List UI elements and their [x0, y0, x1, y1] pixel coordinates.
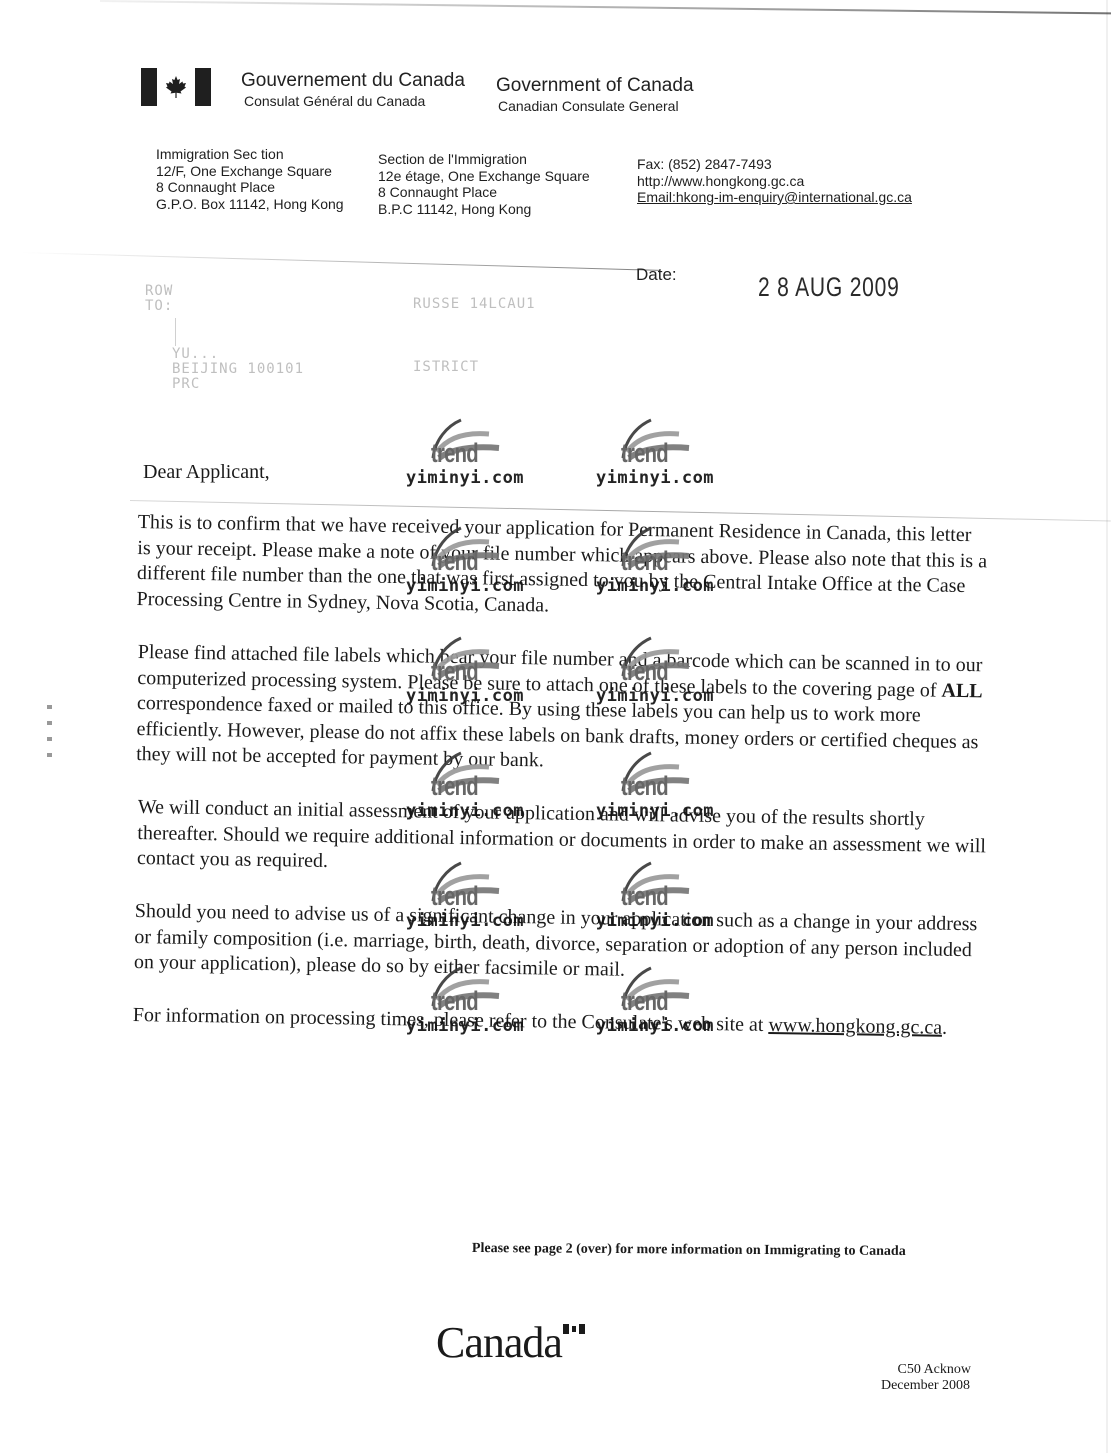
- watermark: trend yiminyi.com: [585, 412, 725, 494]
- recipient-rule: [175, 318, 176, 346]
- consulate-website-link[interactable]: www.hongkong.gc.ca: [768, 1014, 942, 1039]
- address-line: 8 Connaught Place: [156, 179, 344, 196]
- address-line: 12/F, One Exchange Square: [156, 163, 344, 180]
- contact-block: Fax: (852) 2847-7493 http://www.hongkong…: [637, 156, 912, 206]
- address-line: 12e étage, One Exchange Square: [378, 168, 590, 185]
- emphasis-all: ALL: [941, 679, 982, 702]
- form-date: December 2008: [858, 1378, 970, 1394]
- canada-wordmark: Canada: [436, 1317, 562, 1368]
- fax-number: Fax: (852) 2847-7493: [637, 156, 912, 173]
- date-stamp: 2 8 AUG 2009: [758, 272, 900, 303]
- form-code: C50 Acknow: [893, 1362, 971, 1378]
- scan-edge-line: [100, 0, 1111, 14]
- watermark: trend yiminyi.com: [395, 412, 535, 494]
- paragraph-receipt: This is to confirm that we have received…: [136, 510, 987, 625]
- paragraph-assessment: We will conduct an initial assessment of…: [137, 795, 988, 885]
- address-block-fr: Section de l'Immigration 12e étage, One …: [378, 151, 590, 217]
- consulate-subtitle-fr: Consulat Général du Canada: [244, 93, 425, 109]
- consulate-subtitle-en: Canadian Consulate General: [498, 98, 679, 114]
- paragraph-changes: Should you need to advise us of a signif…: [134, 899, 985, 989]
- trend-swoosh-logo-icon: [585, 412, 725, 472]
- address-line: 8 Connaught Place: [378, 184, 590, 201]
- paragraph-file-labels: Please find attached file labels which b…: [136, 640, 988, 781]
- trend-swoosh-logo-icon: [395, 412, 535, 472]
- recipient-district-faint: ISTRICT: [413, 360, 479, 375]
- address-line: Section de l'Immigration: [378, 151, 590, 168]
- wordmark-flag-icon: [563, 1324, 585, 1334]
- address-block-en: Immigration Sec tion 12/F, One Exchange …: [156, 146, 344, 212]
- margin-punch-marks: [44, 705, 56, 765]
- government-title-fr: Gouvernement du Canada: [241, 70, 465, 92]
- paragraph-processing-times: For information on processing times, ple…: [133, 1003, 983, 1042]
- address-line: B.P.C 11142, Hong Kong: [378, 201, 590, 218]
- page-2-note: Please see page 2 (over) for more inform…: [472, 1241, 906, 1260]
- canada-flag-icon: [141, 68, 211, 106]
- website-link[interactable]: http://www.hongkong.gc.ca: [637, 173, 912, 190]
- address-line: Immigration Sec tion: [156, 146, 344, 163]
- salutation: Dear Applicant,: [143, 461, 270, 484]
- date-label: Date:: [636, 265, 677, 285]
- government-title-en: Government of Canada: [496, 75, 694, 97]
- address-line: G.P.O. Box 11142, Hong Kong: [156, 196, 344, 213]
- recipient-address-faint: ROW TO:: [145, 284, 173, 314]
- recipient-file-faint: RUSSE 14LCAU1: [413, 297, 536, 312]
- scan-page-edge: [1106, 0, 1108, 1453]
- scan-fold-line: [20, 252, 660, 271]
- email-link[interactable]: Email:hkong-im-enquiry@international.gc.…: [637, 189, 912, 206]
- recipient-address-faint: YU... BEIJING 100101 PRC: [172, 347, 304, 392]
